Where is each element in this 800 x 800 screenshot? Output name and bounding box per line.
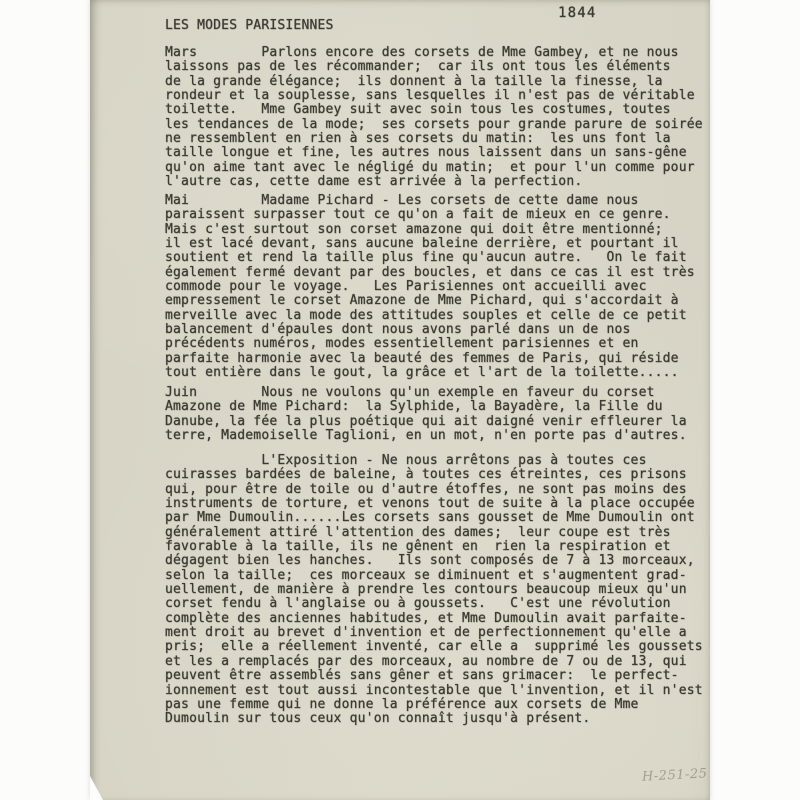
document-title: LES MODES PARISIENNES xyxy=(165,18,334,33)
year-stamp: 1844 xyxy=(558,5,597,21)
month-label-juin: Juin xyxy=(165,386,197,400)
typewritten-paper-sheet: LES MODES PARISIENNES 1844 Mars Parlons … xyxy=(90,0,710,800)
paragraph-text-mars: Parlons encore des corsets de Mme Gambey… xyxy=(165,46,725,189)
paragraph-juin: Juin Nous ne voulons qu'un exemple en fa… xyxy=(165,386,725,443)
paragraph-text-mai: Madame Pichard - Les corsets de cette da… xyxy=(165,194,725,380)
paper-corner-clip xyxy=(90,776,103,800)
paragraph-exposition: L'Exposition - Ne nous arrêtons pas à to… xyxy=(165,454,725,727)
paragraph-mai: Mai Madame Pichard - Les corsets de cett… xyxy=(165,194,725,380)
paragraph-text-exposition: L'Exposition - Ne nous arrêtons pas à to… xyxy=(165,454,725,727)
paragraph-text-juin: Nous ne voulons qu'un exemple en faveur … xyxy=(165,386,725,443)
month-label-mars: Mars xyxy=(165,46,197,60)
pencil-annotation: H-251-25 xyxy=(642,766,708,784)
month-label-mai: Mai xyxy=(165,194,189,208)
scanned-page-background: LES MODES PARISIENNES 1844 Mars Parlons … xyxy=(0,0,800,800)
paragraph-mars: Mars Parlons encore des corsets de Mme G… xyxy=(165,46,725,189)
